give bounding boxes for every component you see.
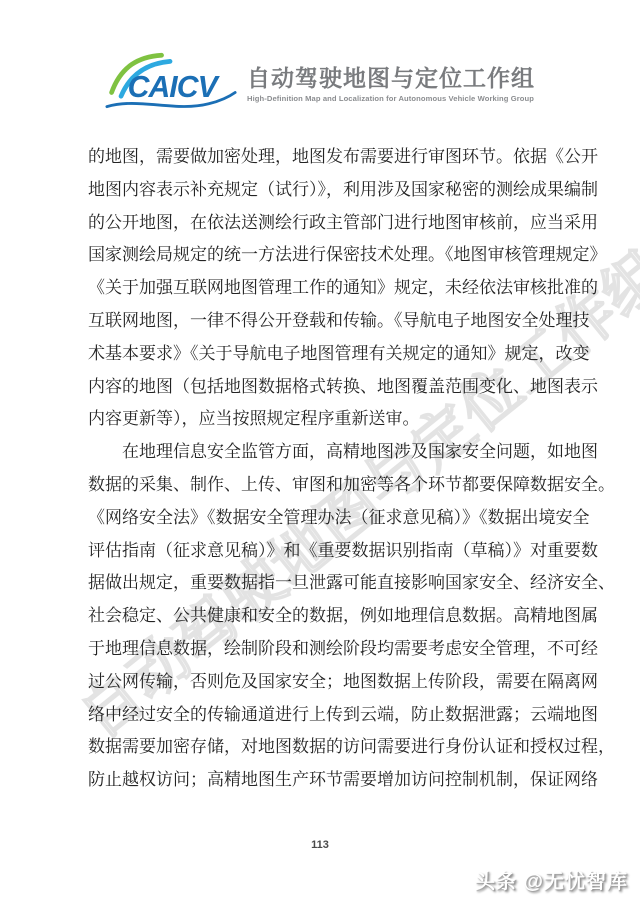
toutiao-watermark: 头条 @无忧智库 [475,865,628,894]
svg-text:CAICV: CAICV [128,71,221,104]
text-line: 数据的采集、制作、上传、审图和加密等各个环节都要保障数据安全。 [88,469,552,502]
text-line: 互联网地图，一律不得公开登载和传输。《导航电子地图安全处理技 [88,305,552,338]
text-line: 《关于加强互联网地图管理工作的通知》规定，未经依法审核批准的 [88,272,552,305]
logo-subtitle: High-Definition Map and Localization for… [247,94,535,103]
paragraph: 在地理信息安全监管方面，高精地图涉及国家安全问题，如地图数据的采集、制作、上传、… [88,436,552,797]
paragraph: 的地图，需要做加密处理，地图发布需要进行审图环节。依据《公开地图内容表示补充规定… [88,141,552,436]
text-line: 社会稳定、公共健康和安全的数据，例如地理信息数据。高精地图属 [88,600,552,633]
text-line: 据做出规定，重要数据指一旦泄露可能直接影响国家安全、经济安全、 [88,567,552,600]
page-number: 113 [0,839,640,851]
text-line: 内容更新等），应当按照规定程序重新送审。 [88,403,552,436]
logo-title: 自动驾驶地图与定位工作组 [247,65,535,91]
header: CAICV 自动驾驶地图与定位工作组 High-Definition Map a… [0,52,640,116]
text-line: 的公开地图，在依法送测绘行政主管部门进行地图审核前，应当采用 [88,207,552,240]
body-text: 的地图，需要做加密处理，地图发布需要进行审图环节。依据《公开地图内容表示补充规定… [88,141,552,797]
text-line: 数据需要加密存储，对地图数据的访问需要进行身份认证和授权过程， [88,731,552,764]
text-line: 防止越权访问；高精地图生产环节需要增加访问控制机制，保证网络 [88,764,552,797]
text-line: 《网络安全法》《数据安全管理办法（征求意见稿）》《数据出境安全 [88,502,552,535]
text-line: 术基本要求》《关于导航电子地图管理有关规定的通知》规定，改变 [88,338,552,371]
logo-text: 自动驾驶地图与定位工作组 High-Definition Map and Loc… [247,65,535,103]
text-line: 地图内容表示补充规定（试行）》，利用涉及国家秘密的测绘成果编制 [88,174,552,207]
text-line: 于地理信息数据，绘制阶段和测绘阶段均需要考虑安全管理，不可经 [88,633,552,666]
text-line: 评估指南（征求意见稿）》和《重要数据识别指南（草稿）》对重要数 [88,535,552,568]
document-page: CAICV 自动驾驶地图与定位工作组 High-Definition Map a… [0,0,640,905]
text-line: 过公网传输，否则危及国家安全；地图数据上传阶段，需要在隔离网 [88,666,552,699]
text-line: 的地图，需要做加密处理，地图发布需要进行审图环节。依据《公开 [88,141,552,174]
text-line: 国家测绘局规定的统一方法进行保密技术处理。《地图审核管理规定》 [88,239,552,272]
caicv-logo-icon: CAICV [105,52,237,116]
text-line: 内容的地图（包括地图数据格式转换、地图覆盖范围变化、地图表示 [88,371,552,404]
text-line: 在地理信息安全监管方面，高精地图涉及国家安全问题，如地图 [88,436,552,469]
text-line: 络中经过安全的传输通道进行上传到云端，防止数据泄露；云端地图 [88,699,552,732]
